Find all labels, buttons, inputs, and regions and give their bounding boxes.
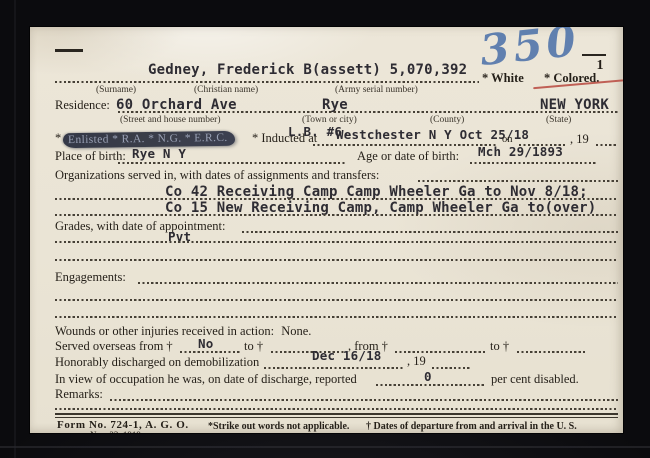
footer-rule-top xyxy=(55,413,618,415)
discharge-date-value: Dec 16/18 xyxy=(312,348,382,363)
overseas-to-label: to † xyxy=(244,339,263,354)
discharge-year-label: , 19 xyxy=(407,354,426,369)
county-caption: (County) xyxy=(430,115,464,125)
organizations-leader-line xyxy=(418,180,618,182)
top-left-dash-mark xyxy=(55,49,83,52)
disability-post-label: per cent disabled. xyxy=(491,372,579,387)
birth-date-dotted-line xyxy=(470,162,596,164)
engagements-leader-line xyxy=(138,282,618,284)
enlisted-star: * xyxy=(55,131,61,146)
photo-background: 350 1 Gedney, Frederick B(assett) 5,070,… xyxy=(0,0,650,458)
grades-leader-line xyxy=(242,231,618,233)
overseas-dotted-line xyxy=(395,351,487,353)
departure-dates-note: † Dates of departure from and arrival in… xyxy=(366,421,577,432)
form-revision-date: Nov. 23, 1919 xyxy=(90,430,141,433)
overseas-dotted-line xyxy=(517,351,587,353)
remarks-leader-line xyxy=(110,399,618,401)
strike-out-note: *Strike out words not applicable. xyxy=(208,421,349,432)
residence-dotted-line xyxy=(118,111,618,113)
struck-enlistment-options: Enlisted * R.A. * N.G. * E.R.C. xyxy=(63,129,235,147)
footer-rule-bottom xyxy=(55,417,618,419)
disability-pre-label: In view of occupation he was, on date of… xyxy=(55,372,357,387)
overseas-from-label: Served overseas from † xyxy=(55,339,173,354)
wounds-row: Wounds or other injuries received in act… xyxy=(55,324,311,339)
place-of-birth-label: Place of birth: xyxy=(55,149,126,164)
discharge-year-dotted-line xyxy=(432,367,470,369)
empty-dotted-line xyxy=(55,316,618,318)
street-caption: (Street and house number) xyxy=(120,115,221,125)
overseas-to2-label: to † xyxy=(490,339,509,354)
induction-year-dotted-line xyxy=(596,144,618,146)
empty-dotted-line xyxy=(55,408,618,410)
engagements-label: Engagements: xyxy=(55,270,126,285)
place-of-birth-value: Rye N Y xyxy=(132,146,186,161)
organizations-dotted-line xyxy=(55,214,618,216)
birth-place-dotted-line xyxy=(118,162,346,164)
handwritten-number: 350 xyxy=(478,27,582,75)
birth-date-label: Age or date of birth: xyxy=(357,149,459,164)
induction-year-label: , 19 xyxy=(570,132,589,147)
overseas-dotted-line xyxy=(180,351,240,353)
wounds-label: Wounds or other injuries received in act… xyxy=(55,324,274,338)
grades-dotted-line xyxy=(55,241,618,243)
race-white-label: * White xyxy=(482,71,524,86)
discharge-label: Honorably discharged on demobilization xyxy=(55,355,259,370)
name-serial-value: Gedney, Frederick B(assett) 5,070,392 xyxy=(148,62,467,78)
surname-caption: (Surname) xyxy=(96,85,136,95)
grades-label: Grades, with date of appointment: xyxy=(55,219,225,234)
christian-name-caption: (Christian name) xyxy=(194,85,258,95)
induction-place-date-value: Westchester N Y Oct 25/18 xyxy=(336,127,529,142)
disability-dotted-line xyxy=(376,384,486,386)
birth-date-value: Mch 29/1893 xyxy=(478,144,563,159)
army-serial-caption: (Army serial number) xyxy=(335,85,418,95)
service-record-card: 350 1 Gedney, Frederick B(assett) 5,070,… xyxy=(30,27,623,433)
state-caption: (State) xyxy=(546,115,571,125)
organizations-label: Organizations served in, with dates of a… xyxy=(55,168,379,183)
wounds-value: None. xyxy=(281,324,311,338)
discharge-dotted-line xyxy=(264,367,404,369)
overseas-from-value: No xyxy=(198,336,213,351)
empty-dotted-line xyxy=(55,299,618,301)
disability-value: 0 xyxy=(424,369,432,384)
empty-dotted-line xyxy=(55,259,618,261)
residence-label: Residence: xyxy=(55,98,110,113)
remarks-label: Remarks: xyxy=(55,387,103,402)
induction-dotted-line xyxy=(313,144,498,146)
name-dotted-line xyxy=(55,81,479,83)
top-right-dash-mark xyxy=(582,54,606,56)
